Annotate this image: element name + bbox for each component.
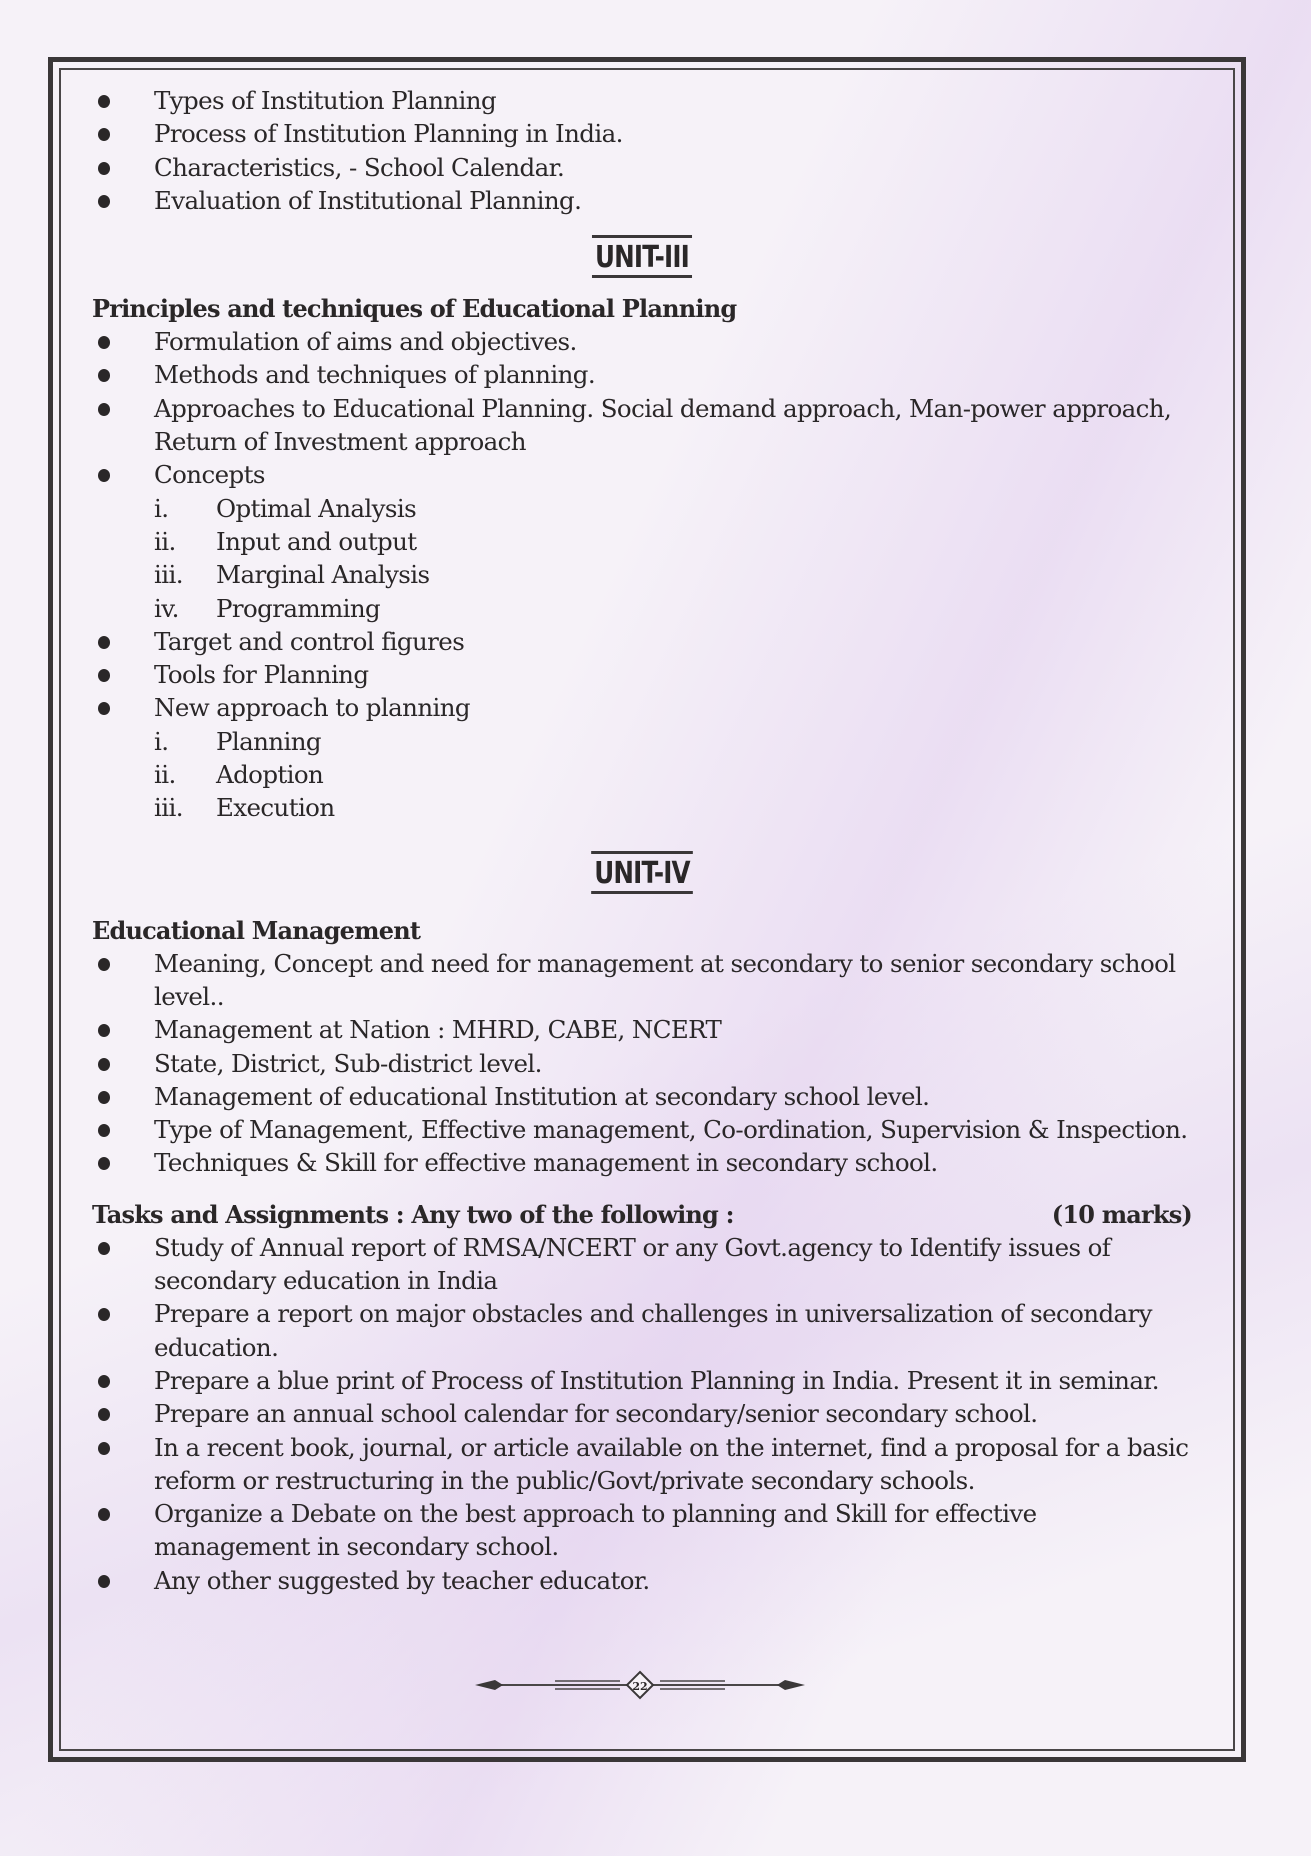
sub-item-number: ii. (154, 525, 176, 558)
sub-item-number: iii. (154, 558, 183, 591)
tasks-header: Tasks and Assignments : Any two of the f… (92, 1198, 1192, 1231)
list-item: Management of educational Institution at… (92, 1080, 1192, 1113)
list-item: New approach to planningi.Planningii.Ado… (92, 691, 1192, 824)
list-item-text: Type of Management, Effective management… (154, 1115, 1187, 1144)
task-item-text: In a recent book, journal, or article av… (154, 1433, 1188, 1495)
sub-item-number: iii. (154, 791, 183, 824)
list-item-text: Target and control figures (154, 627, 464, 656)
list-item: Characteristics, - School Calendar. (92, 151, 1192, 184)
list-item: State, District, Sub-district level. (92, 1047, 1192, 1080)
list-item: Meaning, Concept and need for management… (92, 947, 1192, 1014)
list-item-text: Evaluation of Institutional Planning. (154, 186, 581, 215)
task-item: Prepare an annual school calendar for se… (92, 1397, 1192, 1430)
list-item-text: Methods and techniques of planning. (154, 360, 595, 389)
sub-list-item: ii.Adoption (154, 758, 1192, 791)
tasks-marks: (10 marks) (1052, 1198, 1192, 1231)
sub-item-text: Optimal Analysis (216, 494, 416, 523)
list-item: Techniques & Skill for effective managem… (92, 1146, 1192, 1179)
sub-item-text: Marginal Analysis (216, 560, 429, 589)
sub-item-text: Adoption (216, 760, 323, 789)
list-item-text: Techniques & Skill for effective managem… (154, 1148, 938, 1177)
list-item: Types of Institution Planning (92, 84, 1192, 117)
sub-item-number: ii. (154, 758, 176, 791)
list-item: Evaluation of Institutional Planning. (92, 184, 1192, 217)
unit2-continued-list: Types of Institution PlanningProcess of … (92, 84, 1192, 217)
task-item: Prepare a report on major obstacles and … (92, 1297, 1192, 1364)
task-item: Study of Annual report of RMSA/NCERT or … (92, 1231, 1192, 1298)
sub-item-number: i. (154, 725, 168, 758)
task-item: Any other suggested by teacher educator. (92, 1564, 1192, 1597)
list-item: Target and control figures (92, 625, 1192, 658)
sub-list-item: iii.Execution (154, 791, 1192, 824)
task-item-text: Prepare a report on major obstacles and … (154, 1299, 1152, 1361)
list-item-text: New approach to planning (154, 693, 470, 722)
unit4-heading: UNIT-IV (191, 851, 1093, 894)
list-item: Approaches to Educational Planning. Soci… (92, 392, 1192, 459)
page-number: 22 (632, 1680, 647, 1693)
sub-list-item: i.Planning (154, 725, 1192, 758)
unit3-heading: UNIT-III (191, 235, 1093, 278)
list-item: Conceptsi.Optimal Analysisii.Input and o… (92, 458, 1192, 624)
unit4-topic-list: Meaning, Concept and need for management… (92, 947, 1192, 1180)
list-item: Methods and techniques of planning. (92, 358, 1192, 391)
sub-list-item: i.Optimal Analysis (154, 492, 1192, 525)
sub-item-text: Planning (216, 727, 321, 756)
sub-list-item: ii.Input and output (154, 525, 1192, 558)
list-item-text: Tools for Planning (154, 660, 368, 689)
task-item-text: Prepare a blue print of Process of Insti… (154, 1366, 1159, 1395)
sub-item-number: i. (154, 492, 168, 525)
list-item: Management at Nation : MHRD, CABE, NCERT (92, 1013, 1192, 1046)
list-item-text: Types of Institution Planning (154, 86, 496, 115)
sub-list-item: iii.Marginal Analysis (154, 558, 1192, 591)
task-item-text: Any other suggested by teacher educator. (154, 1566, 650, 1595)
unit3-section-title: Principles and techniques of Educational… (92, 292, 1192, 325)
list-item: Tools for Planning (92, 658, 1192, 691)
task-item-text: Study of Annual report of RMSA/NCERT or … (154, 1233, 1110, 1295)
tasks-title: Tasks and Assignments : Any two of the f… (92, 1198, 734, 1231)
sub-item-text: Programming (216, 594, 380, 623)
sub-item-text: Execution (216, 793, 335, 822)
sub-list: i.Planningii.Adoptioniii.Execution (154, 725, 1192, 825)
page-number-ornament: 22 (475, 1670, 805, 1700)
sub-list-item: iv.Programming (154, 592, 1192, 625)
list-item-text: Concepts (154, 460, 265, 489)
list-item-text: State, District, Sub-district level. (154, 1049, 542, 1078)
task-item: In a recent book, journal, or article av… (92, 1431, 1192, 1498)
tasks-list: Study of Annual report of RMSA/NCERT or … (92, 1231, 1192, 1597)
list-item-text: Management of educational Institution at… (154, 1082, 929, 1111)
unit4-section-title: Educational Management (92, 914, 1192, 947)
task-item: Prepare a blue print of Process of Insti… (92, 1364, 1192, 1397)
sub-list: i.Optimal Analysisii.Input and outputiii… (154, 492, 1192, 625)
unit3-topic-list: Formulation of aims and objectives.Metho… (92, 325, 1192, 824)
list-item: Formulation of aims and objectives. (92, 325, 1192, 358)
list-item-text: Formulation of aims and objectives. (154, 327, 577, 356)
task-item-text: Organize a Debate on the best approach t… (154, 1499, 1037, 1561)
list-item-text: Characteristics, - School Calendar. (154, 153, 564, 182)
list-item-text: Process of Institution Planning in India… (154, 119, 623, 148)
sub-item-number: iv. (154, 592, 179, 625)
task-item-text: Prepare an annual school calendar for se… (154, 1399, 1037, 1428)
sub-item-text: Input and output (216, 527, 417, 556)
task-item: Organize a Debate on the best approach t… (92, 1497, 1192, 1564)
list-item-text: Meaning, Concept and need for management… (154, 949, 1176, 1011)
syllabus-content: Types of Institution PlanningProcess of … (92, 84, 1192, 1597)
list-item-text: Approaches to Educational Planning. Soci… (154, 394, 1171, 456)
list-item: Process of Institution Planning in India… (92, 117, 1192, 150)
list-item: Type of Management, Effective management… (92, 1113, 1192, 1146)
list-item-text: Management at Nation : MHRD, CABE, NCERT (154, 1015, 721, 1044)
